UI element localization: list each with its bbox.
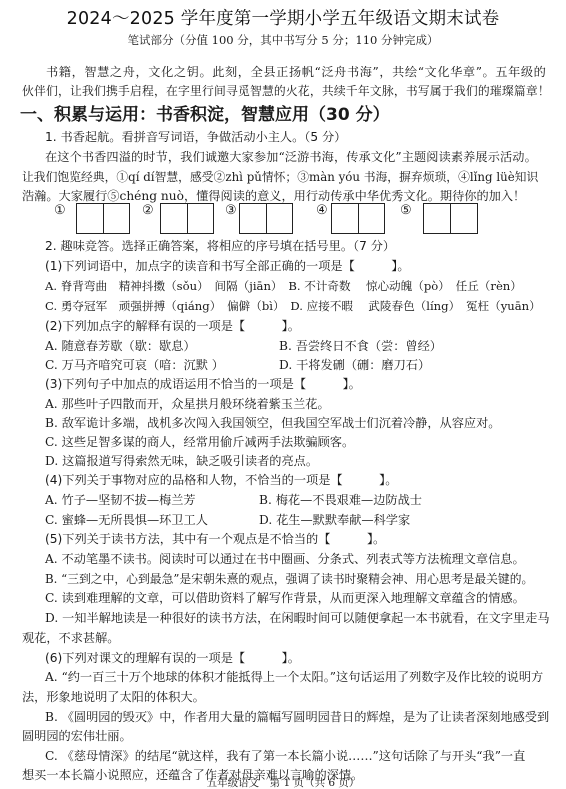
box-label: ④ [316,203,328,219]
answer-box-group-2: ② [142,203,214,234]
answer-boxes-3[interactable] [239,203,293,234]
q2-sub6-option-b-line-2: 圆明园的宏伟壮丽。 [22,728,132,744]
char-cell[interactable] [187,204,214,233]
q2-sub2-option-a: A. 随意春芳歇（歇：歇息） [45,338,196,354]
q2-sub3-option-b: B. 敌军诡计多端，战机多次闯入我国领空，但我国空军战士们沉着冷静，从容应对。 [45,415,500,431]
answer-boxes-4[interactable] [331,203,385,234]
q1-text-line-3: 浩瀚。大家履行⑤chéng nuò，懂得阅读的意义，用行动传承中华优秀文化。期待… [22,188,525,204]
answer-box-group-4: ④ [316,203,388,234]
q2-sub1-row-2: C. 勇夺冠军 顽强拼搏（qiáng） 偏僻（bì） D. 应接不暇 武陵春色（… [45,298,541,314]
q2-sub4-stem: (4)下列关于事物对应的品格和人物，不恰当的一项是【 】。 [45,472,397,488]
q1-title: 1. 书香起航。看拼音写词语，争做活动小主人。（5 分） [45,129,346,145]
page-footer: 五年级语文 第 1 页（共 6 页） [0,776,566,789]
answer-boxes-1[interactable] [76,203,130,234]
char-cell[interactable] [332,204,358,233]
q2-sub5-option-d-line-2: 观花，不求甚解。 [22,630,120,646]
q2-sub3-option-d: D. 这篇报道写得索然无味，缺乏吸引读者的亮点。 [45,453,318,469]
q2-sub5-option-a: A. 不动笔墨不读书。阅读时可以通过在书中圈画、分条式、列表式等方法梳理文章信息… [45,551,525,567]
q2-sub5-stem: (5)下列关于读书方法，其中有一个观点是不恰当的【 】。 [45,531,385,547]
answer-boxes-2[interactable] [160,203,214,234]
q1-text-line-1: 在这个书香四溢的时节，我们诚邀大家参加“泛游书海，传承文化”主题阅读素养展示活动… [45,149,537,165]
q2-sub3-option-c: C. 这些足智多谋的商人，经常用偷斤减两手法欺骗顾客。 [45,434,354,450]
char-cell[interactable] [103,204,130,233]
q2-sub6-option-a-line-2: 法，形象地说明了太阳的体积大。 [22,689,205,705]
exam-subtitle: 笔试部分（分值 100 分，其中书写分 5 分；110 分钟完成） [0,33,566,48]
exam-title: 2024～2025 学年度第一学期小学五年级语文期末试卷 [0,8,566,30]
q2-sub2-stem: (2)下列加点字的解释有误的一项是【 】。 [45,318,300,334]
section-heading: 一、积累与运用：书香积淀，智慧应用（30 分） [20,104,390,126]
q2-sub4-option-d: D. 花生—默默奉献—科学家 [259,512,410,528]
q2-sub3-option-a: A. 那些叶子四散而开，众星拱月般环绕着紫玉兰花。 [45,396,330,412]
box-label: ③ [225,203,237,219]
q2-sub1-row-1: A. 脊背弯曲 精神抖擞（sǒu） 间隔（jiān） B. 不计奇数 惊心动魄（… [45,278,522,294]
q2-sub5-option-c: C. 读到难理解的文章，可以借助资料了解写作背景，从而更深入地理解文章蕴含的情感… [45,590,525,606]
q2-sub4-option-a: A. 竹子—坚韧不拔—梅兰芳 [45,492,196,508]
char-cell[interactable] [161,204,187,233]
box-label: ② [142,203,154,219]
q2-sub1-stem: (1)下列词语中，加点字的读音和书写全部正确的一项是【 】。 [45,258,410,274]
q2-sub4-option-b: B. 梅花—不畏艰难—边防战士 [259,492,422,508]
q2-sub4-option-c: C. 蜜蜂—无所畏惧—环卫工人 [45,512,208,528]
q2-sub6-option-c-line-1: C. 《慈母情深》的结尾“就这样，我有了第一本长篇小说……”这句话除了与开头“我… [45,748,525,764]
q2-sub6-option-b-line-1: B. 《圆明园的毁灭》中，作者用大量的篇幅写圆明园昔日的辉煌，是为了让读者深刻地… [45,709,549,725]
char-cell[interactable] [240,204,266,233]
q2-sub5-option-d-line-1: D. 一知半解地读是一种很好的读书方法，在闲暇时间可以随便拿起一本书就看，在文字… [45,610,550,626]
char-cell[interactable] [266,204,293,233]
q2-sub5-option-b: B. “三到之中，心到最急”是宋朝朱熹的观点，强调了读书时聚精会神、用心思考是最… [45,571,533,587]
q1-text-line-2: 让我们饱览经典，①qí dí智慧，感受②zhì pǔ情怀；③màn yóu 书海… [22,169,538,185]
answer-boxes-5[interactable] [423,203,478,234]
q2-sub6-option-a-line-1: A. “约一百三十万个地球的体积才能抵得上一个太阳。”这句话运用了列数字及作比较… [45,669,543,685]
answer-box-group-5: ⑤ [400,203,480,234]
q2-title: 2. 趣味竞答。选择正确答案，将相应的序号填在括号里。（7 分） [45,238,395,254]
box-label: ⑤ [400,203,412,219]
intro-line-2: 伙伴们，让我们携手启程，在字里行间寻觅智慧的火花，共续千年文脉，书写属于我们的璀… [22,83,550,99]
char-cell[interactable] [424,204,450,233]
q2-sub3-stem: (3)下列句子中加点的成语运用不恰当的一项是【 】。 [45,376,361,392]
char-cell[interactable] [450,204,477,233]
exam-page: 2024～2025 学年度第一学期小学五年级语文期末试卷 笔试部分（分值 100… [0,0,566,789]
intro-line-1: 书籍，智慧之舟，文化之钥。此刻，全县正扬帆“泛舟书海”，共绘“文化华章”。五年级… [46,64,546,80]
answer-box-group-1: ① [54,203,130,234]
q2-sub2-option-d: D. 干将发硎（硎：磨刀石） [279,357,430,373]
q2-sub2-option-c: C. 万马齐喑究可哀（喑：沉默 ） [45,357,224,373]
q2-sub2-option-b: B. 吾尝终日不食（尝：曾经） [279,338,442,354]
char-cell[interactable] [77,204,103,233]
box-label: ① [54,203,66,219]
char-cell[interactable] [358,204,385,233]
answer-box-group-3: ③ [225,203,295,234]
q2-sub6-stem: (6)下列对课文的理解有误的一项是【 】。 [45,650,300,666]
